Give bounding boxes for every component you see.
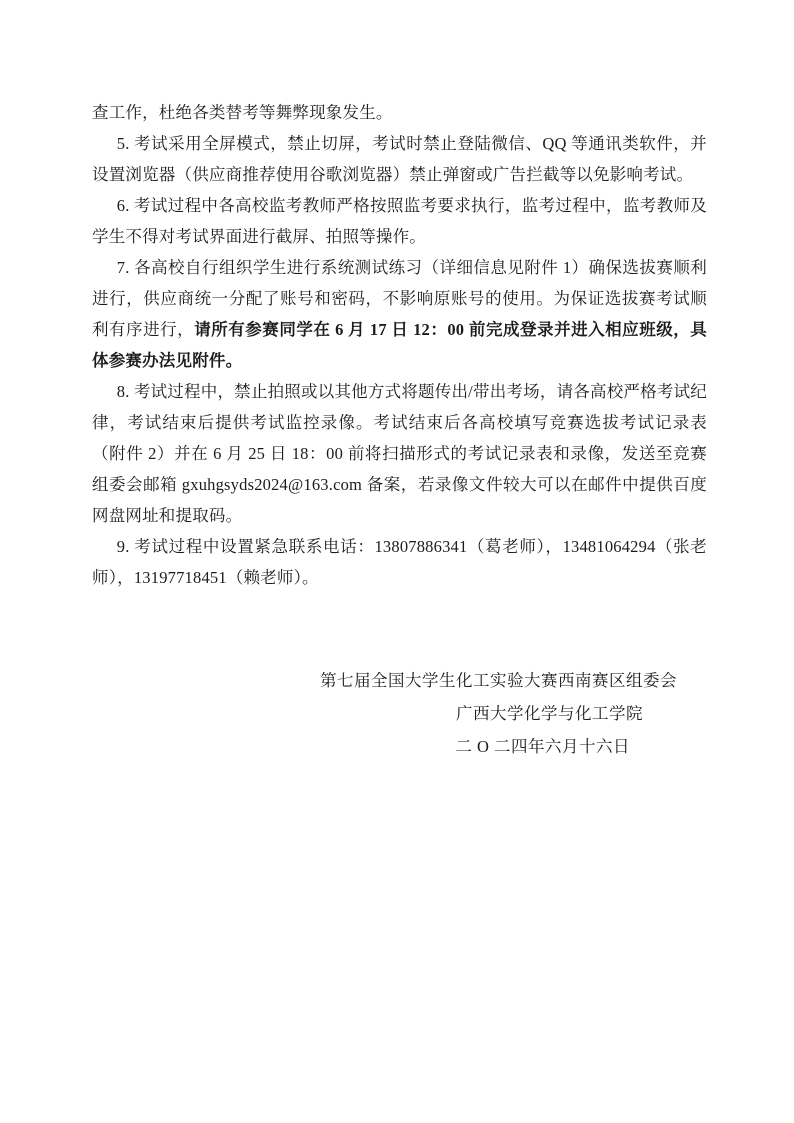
- paragraph-text: 5. 考试采用全屏模式，禁止切屏，考试时禁止登陆微信、QQ 等通讯类软件，并设置…: [92, 134, 707, 184]
- paragraph-text: 8. 考试过程中，禁止拍照或以其他方式将题传出/带出考场，请各高校严格考试纪律，…: [92, 382, 707, 525]
- document-page: 查工作，杜绝各类替考等舞弊现象发生。 5. 考试采用全屏模式，禁止切屏，考试时禁…: [0, 0, 794, 1123]
- numbered-item-8: 8. 考试过程中，禁止拍照或以其他方式将题传出/带出考场，请各高校严格考试纪律，…: [92, 376, 707, 531]
- paragraph-text: 6. 考试过程中各高校监考教师严格按照监考要求执行，监考过程中，监考教师及学生不…: [92, 196, 707, 246]
- signature-date: 二 O 二四年六月十六日: [0, 730, 794, 763]
- signature-organizer: 第七届全国大学生化工实验大赛西南赛区组委会: [0, 664, 794, 697]
- paragraph-text: 9. 考试过程中设置紧急联系电话：13807886341（葛老师），134810…: [92, 537, 707, 587]
- numbered-item-6: 6. 考试过程中各高校监考教师严格按照监考要求执行，监考过程中，监考教师及学生不…: [92, 190, 707, 252]
- numbered-item-5: 5. 考试采用全屏模式，禁止切屏，考试时禁止登陆微信、QQ 等通讯类软件，并设置…: [92, 128, 707, 190]
- paragraph-continuation: 查工作，杜绝各类替考等舞弊现象发生。: [92, 97, 707, 128]
- numbered-item-9: 9. 考试过程中设置紧急联系电话：13807886341（葛老师），134810…: [92, 531, 707, 593]
- document-body: 查工作，杜绝各类替考等舞弊现象发生。 5. 考试采用全屏模式，禁止切屏，考试时禁…: [92, 97, 707, 593]
- numbered-item-7: 7. 各高校自行组织学生进行系统测试练习（详细信息见附件 1）确保选拔赛顺利进行…: [92, 252, 707, 376]
- signature-institution: 广西大学化学与化工学院: [0, 697, 794, 730]
- signature-block: 第七届全国大学生化工实验大赛西南赛区组委会 广西大学化学与化工学院 二 O 二四…: [0, 664, 794, 763]
- paragraph-text: 查工作，杜绝各类替考等舞弊现象发生。: [92, 103, 393, 122]
